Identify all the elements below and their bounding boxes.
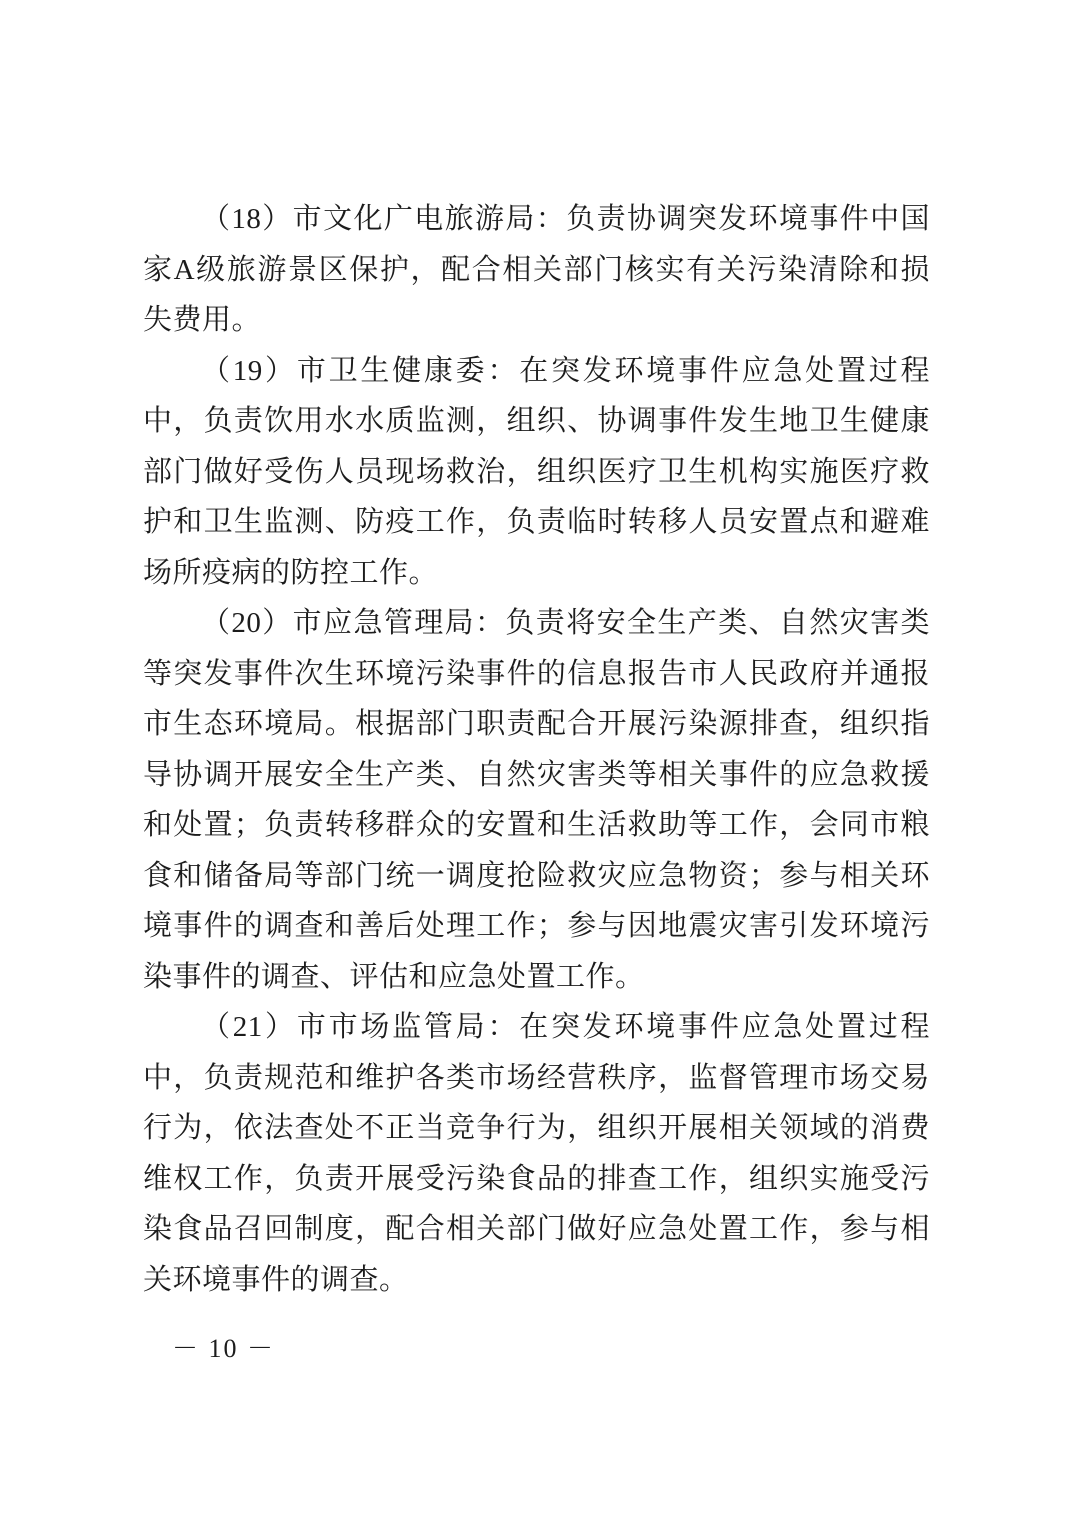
document-body: （18）市文化广电旅游局：负责协调突发环境事件中国家A级旅游景区保护，配合相关部… <box>143 194 930 1305</box>
page-number: － 10 － <box>172 1332 275 1366</box>
paragraph-item-18: （18）市文化广电旅游局：负责协调突发环境事件中国家A级旅游景区保护，配合相关部… <box>143 194 930 346</box>
document-page: （18）市文化广电旅游局：负责协调突发环境事件中国家A级旅游景区保护，配合相关部… <box>0 0 1074 1520</box>
paragraph-item-19: （19）市卫生健康委：在突发环境事件应急处置过程中，负责饮用水水质监测，组织、协… <box>143 346 930 599</box>
paragraph-item-20: （20）市应急管理局：负责将安全生产类、自然灾害类等突发事件次生环境污染事件的信… <box>143 598 930 1002</box>
paragraph-item-21: （21）市市场监管局：在突发环境事件应急处置过程中，负责规范和维护各类市场经营秩… <box>143 1002 930 1305</box>
